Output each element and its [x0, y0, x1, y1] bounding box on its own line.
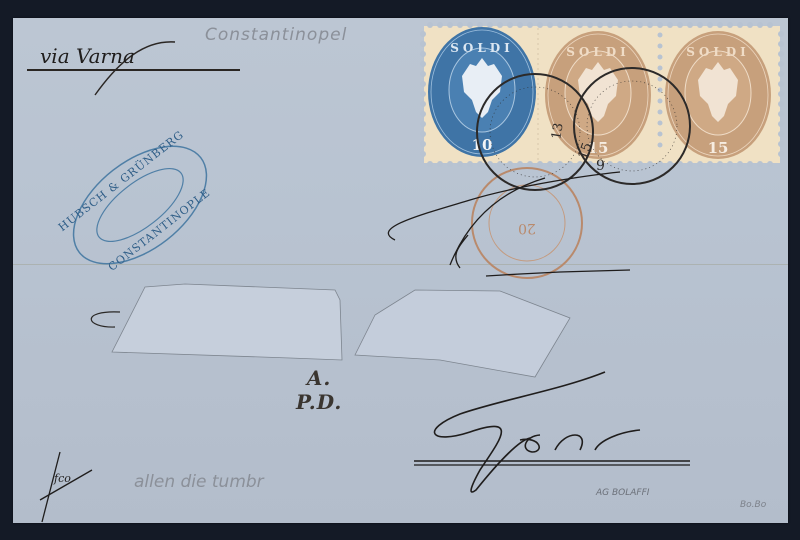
svg-text:9: 9	[596, 158, 605, 174]
letter-markings: SOLDI 10 SOLDI 15 SOLDI 15 20 15 13 9	[0, 0, 800, 540]
svg-text:SOLDI: SOLDI	[686, 45, 750, 59]
svg-text:20: 20	[518, 220, 536, 236]
expert-initials: Bo.Bo	[740, 500, 766, 510]
svg-text:10: 10	[472, 136, 493, 154]
pencil-note: allen die tumbr	[134, 472, 264, 492]
svg-text:15: 15	[708, 139, 729, 157]
svg-text:SOLDI: SOLDI	[450, 41, 514, 55]
ap-mark-line2: P.D.	[296, 390, 342, 414]
blue-stamp: SOLDI 10	[428, 27, 536, 157]
destination: Lyon	[520, 412, 522, 413]
expert-mark: AG BOLAFFI	[596, 488, 649, 498]
via-varna-endorsement: via Varna	[40, 44, 135, 68]
ap-mark-line1: A.	[296, 366, 342, 390]
svg-text:13: 13	[549, 122, 567, 141]
pasted-paper-right	[355, 290, 570, 377]
pencil-origin-note: Constantinopel	[205, 25, 347, 45]
svg-text:CONSTANTINOPLE: CONSTANTINOPLE	[106, 186, 213, 274]
ap-pd-mark: A. P.D.	[296, 366, 342, 414]
franco-mark: fco	[54, 472, 71, 485]
lyon-script	[435, 372, 640, 492]
svg-text:SOLDI: SOLDI	[566, 45, 630, 59]
pasted-paper-left	[112, 284, 342, 360]
company-handstamp: HUBSCH & GRÜNBERG CONSTANTINOPLE	[52, 122, 229, 287]
